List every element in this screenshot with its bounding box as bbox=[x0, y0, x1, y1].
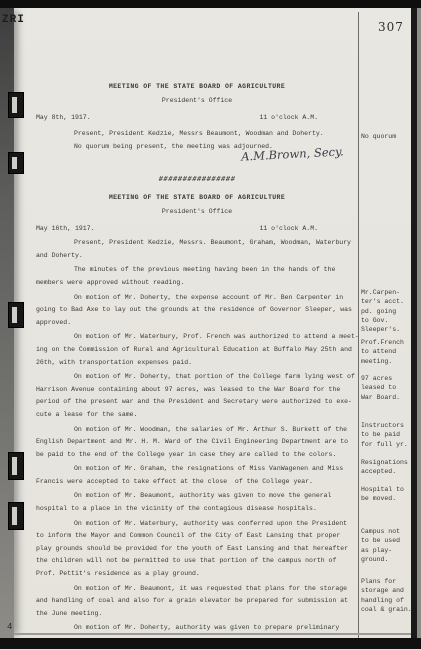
margin-note: Hospital tobe moved. bbox=[361, 485, 411, 504]
margin-note-line: to attend bbox=[361, 347, 411, 356]
margin-note-line: storage and bbox=[361, 586, 411, 595]
page-number: 307 bbox=[378, 20, 404, 34]
margin-note: Mr.Carpen-ter's acct.pd. goingto Gov.Sle… bbox=[361, 288, 411, 334]
text-line: The minutes of the previous meeting havi… bbox=[36, 264, 358, 277]
text-line: On motion of Mr. Beaumont, it was reques… bbox=[36, 583, 358, 596]
margin-note-line: War Board. bbox=[361, 393, 411, 402]
text-line: the June meeting. bbox=[36, 608, 358, 621]
margin-note-line: Sleeper's. bbox=[361, 325, 411, 334]
margin-note-line: accepted. bbox=[361, 467, 411, 476]
margin-note-line: pd. going bbox=[361, 307, 411, 316]
margin-note-line: 97 acres bbox=[361, 374, 411, 383]
margin-note: No quorum bbox=[361, 132, 411, 141]
margin-note-line: ter's acct. bbox=[361, 297, 411, 306]
paragraph: On motion of Mr. Graham, the resignation… bbox=[36, 463, 358, 488]
margin-note-line: be moved. bbox=[361, 494, 411, 503]
text-line: going to Bad Axe to lay out the grounds … bbox=[36, 304, 358, 317]
margin-note-line: as play- bbox=[361, 546, 411, 555]
scan-bottom-bar bbox=[0, 638, 421, 649]
paragraph: On motion of Mr. Waterbury, authority wa… bbox=[36, 518, 358, 581]
text-line: On motion of Mr. Doherty, that portion o… bbox=[36, 371, 358, 384]
scanned-page: ZRI 307 MEETING OF THE STATE BOARD OF AG… bbox=[0, 0, 421, 650]
text-line: hospital to a place in the vicinity of t… bbox=[36, 503, 358, 516]
margin-note-line: Hospital to bbox=[361, 485, 411, 494]
margin-note-line: Resignations bbox=[361, 458, 411, 467]
text-line: On motion of Mr. Woodman, the salaries o… bbox=[36, 424, 358, 437]
text-line: Prof. Pettit's residence as a play groun… bbox=[36, 568, 358, 581]
margin-note-line: for full yr. bbox=[361, 440, 411, 449]
meeting2-title: MEETING OF THE STATE BOARD OF AGRICULTUR… bbox=[36, 193, 358, 203]
scan-top-bar bbox=[0, 0, 421, 8]
paragraph: On motion of Mr. Woodman, the salaries o… bbox=[36, 424, 358, 462]
main-text-column: MEETING OF THE STATE BOARD OF AGRICULTUR… bbox=[36, 80, 358, 635]
scan-right-edge-outer bbox=[417, 8, 421, 638]
meeting1-date: May 8th, 1917. bbox=[36, 113, 91, 123]
text-line: ing on the Commission of Rural and Agric… bbox=[36, 344, 358, 357]
binding-tab bbox=[8, 502, 24, 530]
spine-label: ZRI bbox=[2, 14, 25, 26]
meeting2-time: 11 o'clock A.M. bbox=[259, 224, 318, 234]
margin-note: Prof.Frenchto attendmeeting. bbox=[361, 338, 411, 366]
paragraph: On motion of Mr. Doherty, the expense ac… bbox=[36, 292, 358, 330]
meeting2-date: May 16th, 1917. bbox=[36, 224, 95, 234]
meeting1-dateline: May 8th, 1917. 11 o'clock A.M. bbox=[36, 113, 358, 123]
text-line: approved. bbox=[36, 317, 358, 330]
text-line: On motion of Mr. Graham, the resignation… bbox=[36, 463, 358, 476]
text-line: be paid to the end of the College year i… bbox=[36, 449, 358, 462]
binding-tab bbox=[8, 302, 24, 328]
binding-tab bbox=[8, 452, 24, 480]
text-line: Present, President Kedzie, Messrs. Beaum… bbox=[36, 237, 358, 250]
margin-note-line: to be paid bbox=[361, 430, 411, 439]
margin-note: 97 acresleased toWar Board. bbox=[361, 374, 411, 402]
corner-mark: 4 bbox=[7, 622, 12, 632]
paragraph: On motion of Mr. Doherty, that portion o… bbox=[36, 371, 358, 421]
paragraph: The minutes of the previous meeting havi… bbox=[36, 264, 358, 289]
margin-note-line: Campus not bbox=[361, 527, 411, 536]
meeting1-time: 11 o'clock A.M. bbox=[259, 113, 318, 123]
text-line: Francis were accepted to take effect at … bbox=[36, 476, 358, 489]
margin-note: Resignationsaccepted. bbox=[361, 458, 411, 477]
margin-note: Plans forstorage andhandling ofcoal & gr… bbox=[361, 577, 411, 614]
margin-note-line: No quorum bbox=[361, 132, 411, 141]
meeting1-attendance: Present, President Kedzie, Messrs Beaumo… bbox=[36, 128, 358, 141]
text-line: On motion of Mr. Waterbury, authority wa… bbox=[36, 518, 358, 531]
text-line: 26th, with transportation expenses paid. bbox=[36, 357, 358, 370]
margin-note-line: handling of bbox=[361, 596, 411, 605]
margin-note-line: leased to bbox=[361, 383, 411, 392]
text-line: to inform the Mayor and Common Council o… bbox=[36, 530, 358, 543]
margin-note: Campus notto be usedas play-ground. bbox=[361, 527, 411, 564]
margin-note-line: Mr.Carpen- bbox=[361, 288, 411, 297]
text-line: cute a lease for the same. bbox=[36, 409, 358, 422]
margin-note-line: Prof.French bbox=[361, 338, 411, 347]
text-line: play grounds should be provided for the … bbox=[36, 543, 358, 556]
margin-note-line: to Gov. bbox=[361, 316, 411, 325]
text-line: On motion of Mr. Waterbury, Prof. French… bbox=[36, 331, 358, 344]
text-line: English Department and Mr. H. M. Ward of… bbox=[36, 436, 358, 449]
text-line: and handling of coal and also for a grai… bbox=[36, 595, 358, 608]
paragraph: On motion of Mr. Beaumont, it was reques… bbox=[36, 583, 358, 621]
margin-rule bbox=[358, 12, 359, 638]
binding-tab bbox=[8, 92, 24, 118]
binding-tab bbox=[8, 152, 24, 174]
page-bottom-edge bbox=[14, 633, 421, 635]
margin-note-line: ground. bbox=[361, 555, 411, 564]
text-line: period of the present war and the Presid… bbox=[36, 396, 358, 409]
text-line: the children will not be permitted to us… bbox=[36, 555, 358, 568]
meeting1-subtitle: President's Office bbox=[36, 96, 358, 106]
text-line: Harrison Avenue containing about 97 acre… bbox=[36, 384, 358, 397]
margin-note-line: Plans for bbox=[361, 577, 411, 586]
meeting1-title: MEETING OF THE STATE BOARD OF AGRICULTUR… bbox=[36, 82, 358, 92]
margin-note-line: coal & grain. bbox=[361, 605, 411, 614]
text-line: On motion of Mr. Beaumont, authority was… bbox=[36, 490, 358, 503]
margin-note: Instructorsto be paidfor full yr. bbox=[361, 421, 411, 449]
paragraph: On motion of Mr. Waterbury, Prof. French… bbox=[36, 331, 358, 369]
paragraph: Present, President Kedzie, Messrs. Beaum… bbox=[36, 237, 358, 262]
margin-note-line: meeting. bbox=[361, 357, 411, 366]
meeting2-dateline: May 16th, 1917. 11 o'clock A.M. bbox=[36, 224, 358, 234]
text-line: On motion of Mr. Doherty, the expense ac… bbox=[36, 292, 358, 305]
margin-note-line: Instructors bbox=[361, 421, 411, 430]
text-line: and Doherty. bbox=[36, 250, 358, 263]
minutes-body: Present, President Kedzie, Messrs. Beaum… bbox=[36, 237, 358, 635]
margin-note-line: to be used bbox=[361, 536, 411, 545]
paragraph: On motion of Mr. Beaumont, authority was… bbox=[36, 490, 358, 515]
meeting2-subtitle: President's Office bbox=[36, 207, 358, 217]
text-line: members were approved without reading. bbox=[36, 277, 358, 290]
